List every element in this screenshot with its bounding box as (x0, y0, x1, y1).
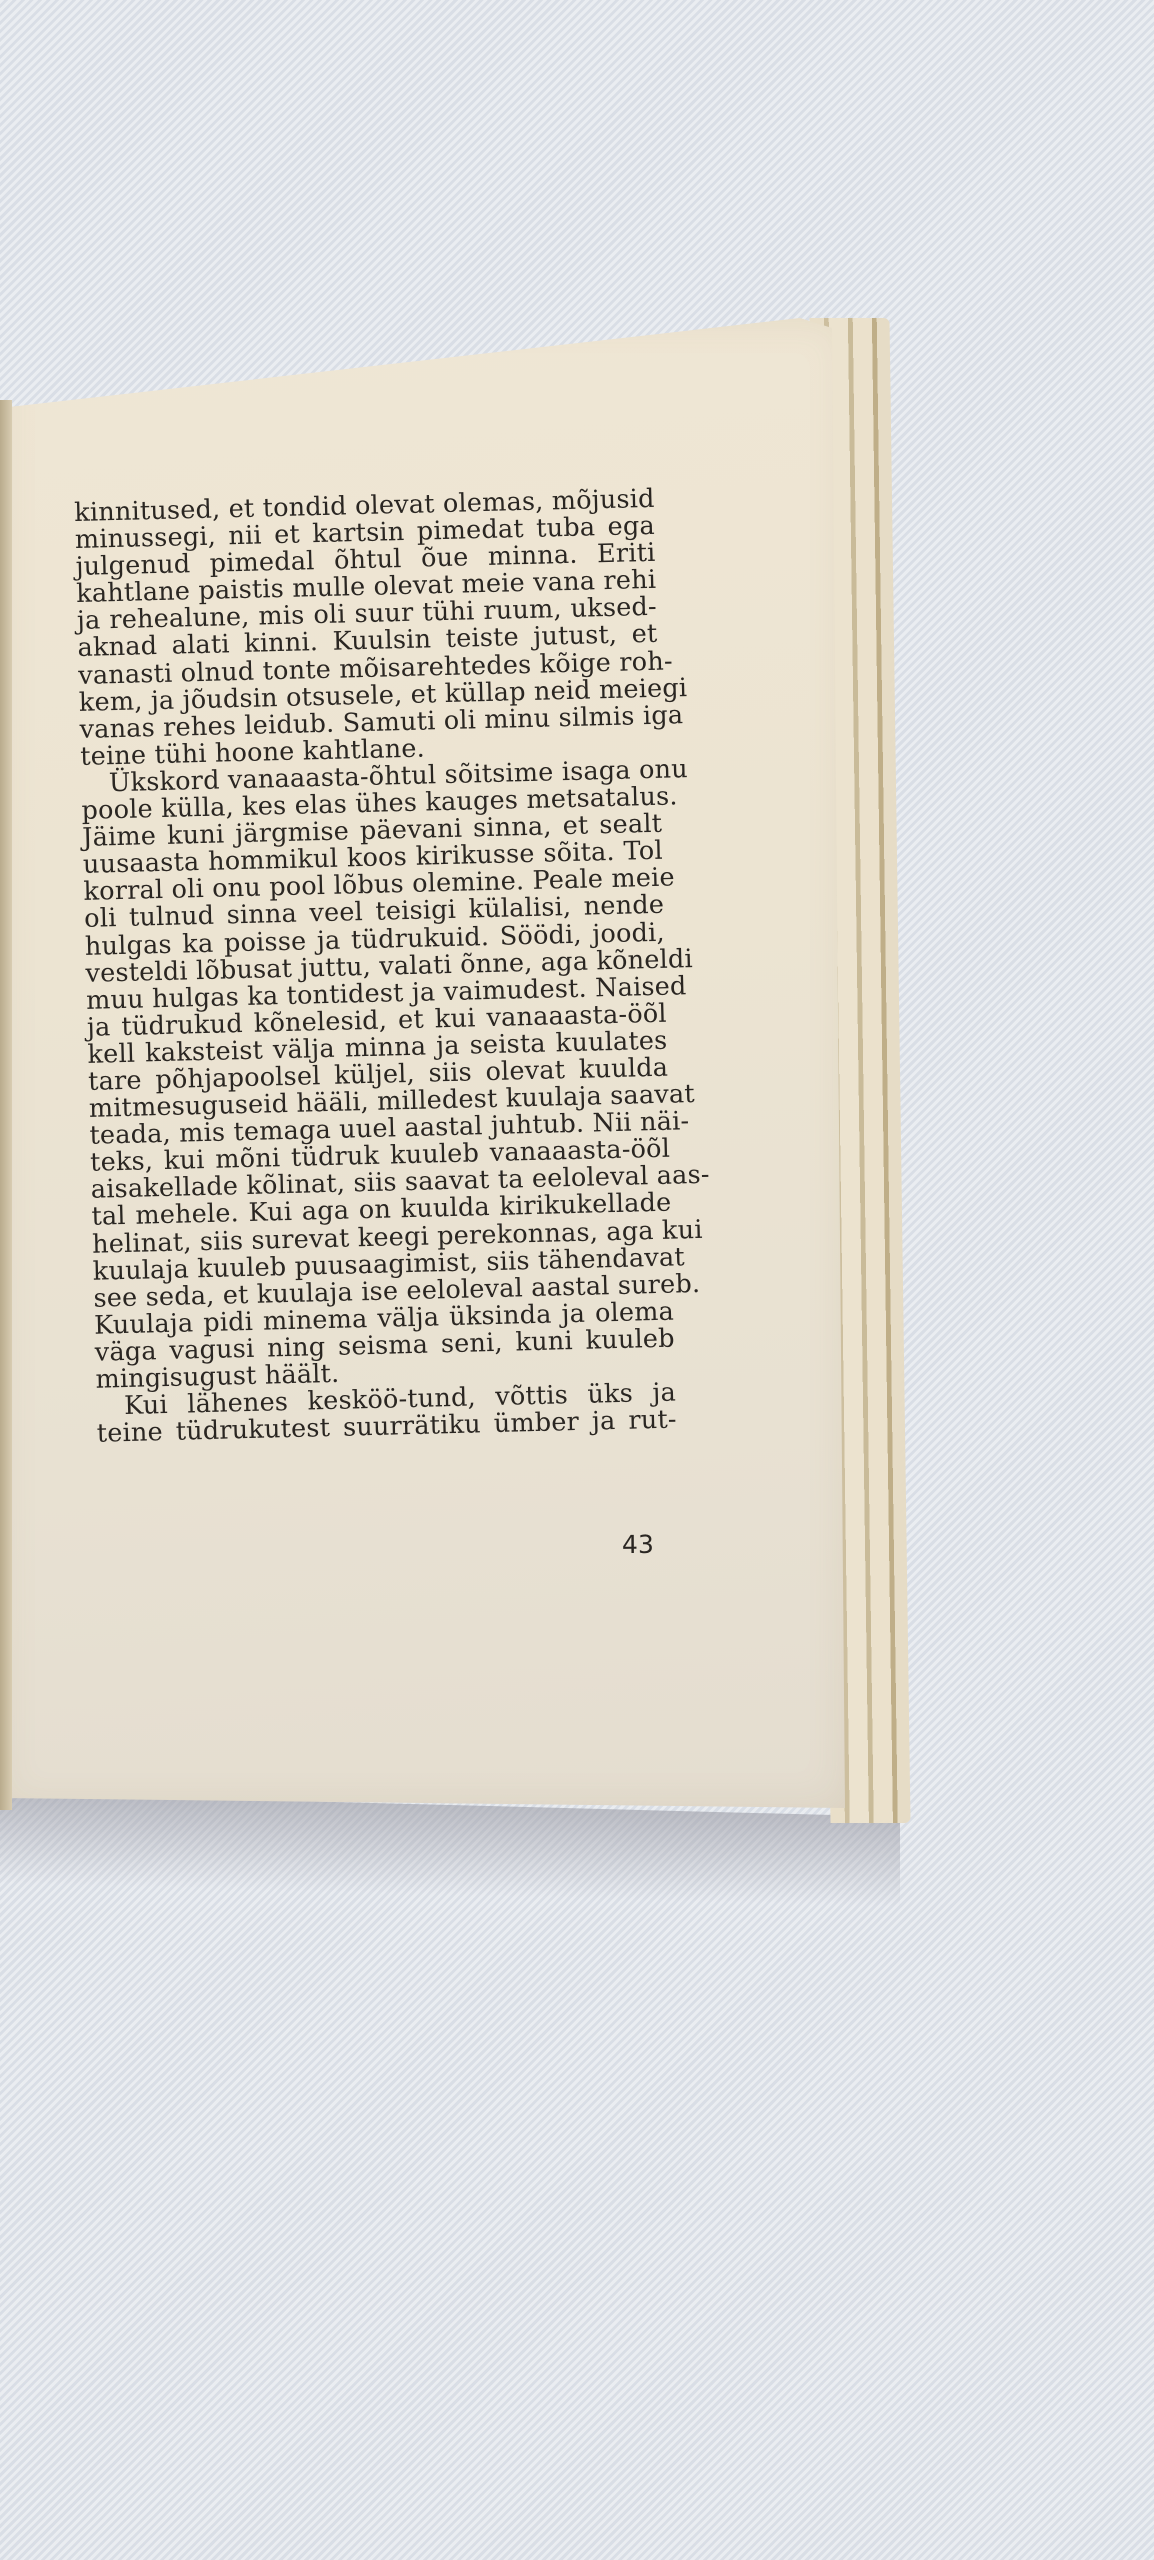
page-number: 43 (622, 1530, 654, 1559)
page-shadow (0, 1793, 900, 1907)
page-body-text: kinnitused, et tondid olevat olemas, mõj… (74, 486, 677, 1448)
book-gutter (0, 400, 12, 1810)
